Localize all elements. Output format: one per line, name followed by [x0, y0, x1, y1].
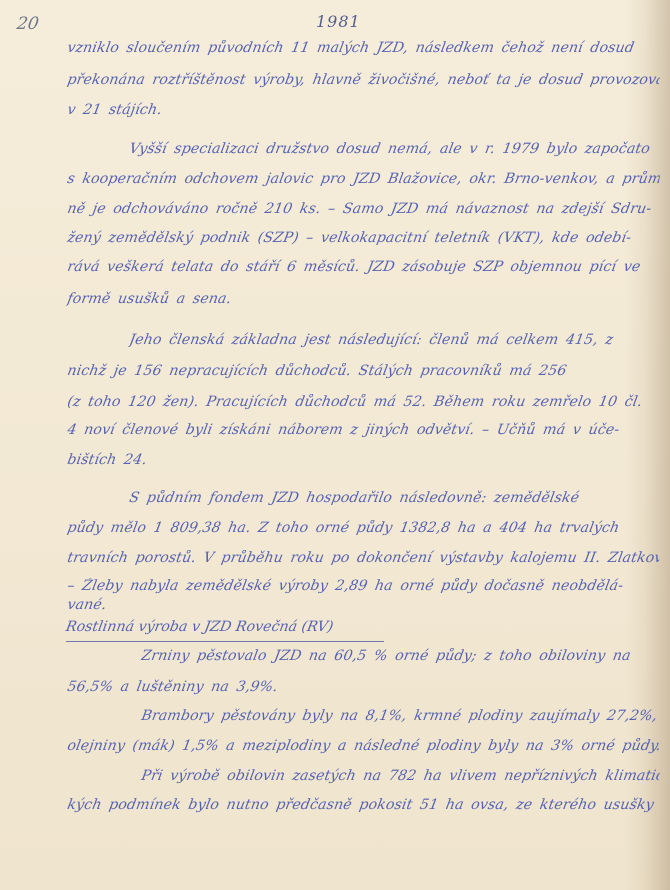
text-line: S půdním fondem JZD hospodařilo následov…	[128, 490, 661, 506]
text-line: v 21 stájích.	[66, 102, 661, 118]
text-line: vané.	[66, 597, 661, 613]
text-line: vzniklo sloučením původních 11 malých JZ…	[66, 40, 661, 56]
text-line: Při výrobě obilovin zasetých na 782 ha v…	[140, 768, 661, 784]
text-line: překonána roztříštěnost výroby, hlavně ž…	[66, 72, 661, 88]
text-line: ně je odchováváno ročně 210 ks. – Samo J…	[66, 201, 661, 217]
text-line: (z toho 120 žen). Pracujících důchodců m…	[66, 394, 661, 410]
year-header: 1981	[316, 12, 361, 31]
text-line: 56,5% a luštěniny na 3,9%.	[66, 679, 661, 695]
page-number: 20	[16, 14, 40, 34]
text-line: Zrniny pěstovalo JZD na 60,5 % orné půdy…	[140, 648, 661, 664]
text-line: formě usušků a sena.	[66, 291, 661, 307]
text-line: Vyšší specializaci družstvo dosud nemá, …	[128, 141, 661, 157]
text-line: bištích 24.	[66, 452, 661, 468]
text-line: olejniny (mák) 1,5% a meziplodiny a násl…	[66, 738, 661, 754]
text-line: 4 noví členové byli získáni náborem z ji…	[66, 422, 661, 438]
heading-underline	[66, 641, 384, 642]
text-line: žený zemědělský podnik (SZP) – velkokapa…	[66, 230, 661, 246]
text-line: nichž je 156 nepracujících důchodců. Stá…	[66, 363, 661, 379]
text-line: travních porostů. V průběhu roku po doko…	[66, 550, 661, 566]
text-line: rává veškerá telata do stáří 6 měsíců. J…	[66, 259, 661, 275]
text-line: půdy mělo 1 809,38 ha. Z toho orné půdy …	[66, 520, 661, 536]
text-line: – Žleby nabyla zemědělské výroby 2,89 ha…	[66, 578, 661, 594]
text-line: Brambory pěstovány byly na 8,1%, krmné p…	[140, 708, 661, 724]
text-line: s kooperačním odchovem jalovic pro JZD B…	[66, 171, 661, 187]
section-heading: Rostlinná výroba v JZD Rovečná (RV)	[65, 619, 335, 635]
text-line: Jeho členská základna jest následující: …	[128, 332, 661, 348]
text-line: kých podmínek bylo nutno předčasně pokos…	[66, 797, 661, 813]
scanned-page: 20 1981 vzniklo sloučením původních 11 m…	[0, 0, 670, 890]
